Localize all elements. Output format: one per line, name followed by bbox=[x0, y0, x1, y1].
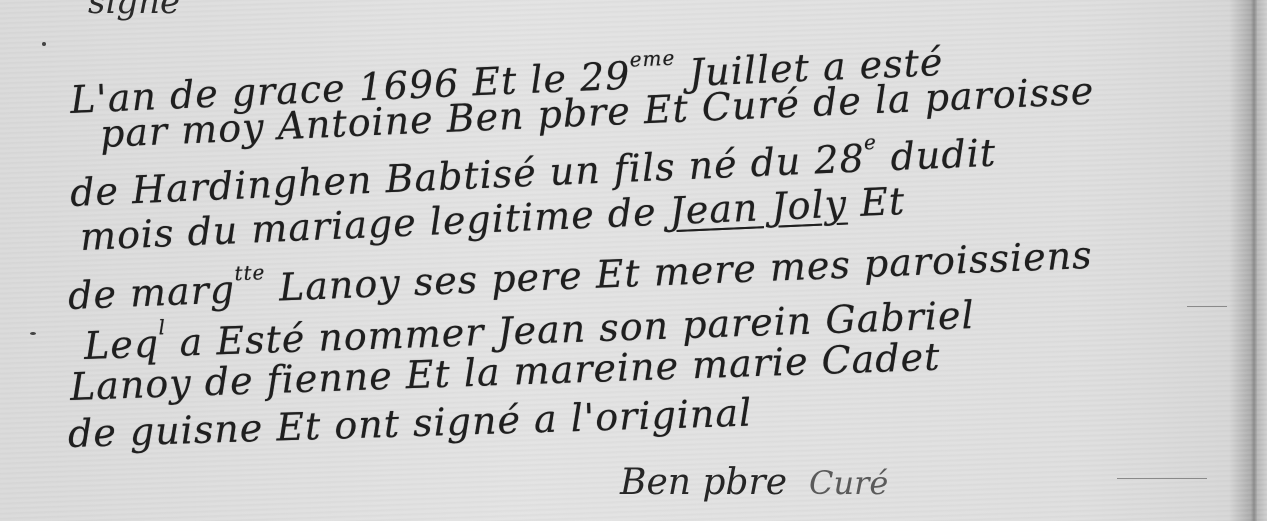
line-1-superscript: eme bbox=[629, 46, 676, 72]
line-4-text-b: Et bbox=[846, 179, 906, 225]
priest-signature: Ben pbreCuré bbox=[620, 462, 888, 503]
line-filler-dash bbox=[1187, 306, 1227, 307]
line-3-superscript: e bbox=[863, 130, 877, 155]
ink-dot bbox=[42, 42, 46, 46]
line-3-text-b: dudit bbox=[877, 131, 997, 180]
signature-name: Ben pbre bbox=[620, 462, 787, 503]
signature-rule-line bbox=[1117, 478, 1207, 479]
ink-mark bbox=[30, 332, 36, 335]
line-5-text-a: de marg bbox=[67, 267, 236, 318]
signature-title: Curé bbox=[809, 464, 888, 502]
document-page: signé L'an de grace 1696 Et le 29eme Jui… bbox=[0, 0, 1267, 521]
line-5-superscript: tte bbox=[234, 260, 266, 285]
father-name: Jean Joly bbox=[669, 182, 848, 234]
page-edge-shadow bbox=[1251, 0, 1257, 521]
top-fragment-text: signé bbox=[88, 0, 180, 22]
line-6-text-a: Leq bbox=[83, 321, 160, 368]
